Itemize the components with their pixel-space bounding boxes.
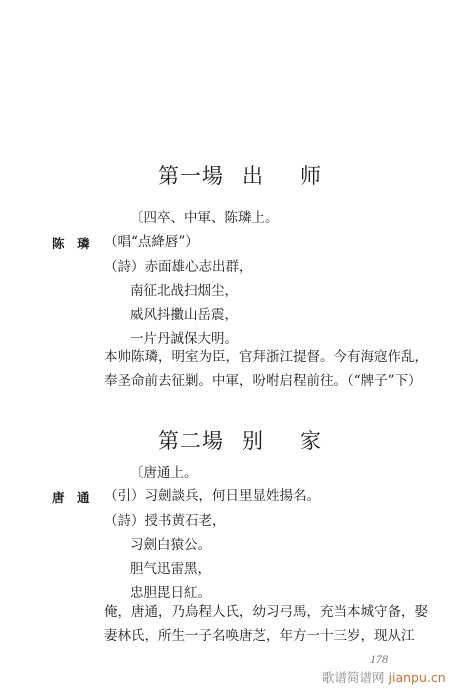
watermark: 歌谱简谱网 jianpu.cn — [322, 668, 446, 686]
scene1-poem-line: 南征北战扫烟尘， — [130, 283, 238, 299]
scene2-poem-line: 胆气迅雷黑， — [130, 561, 211, 577]
scene1-title-number: 第一場 — [158, 160, 224, 190]
scene2-title-char2: 家 — [300, 425, 322, 455]
scene2-title-char1: 别 — [242, 425, 264, 455]
scene2-speech-line: 俺，唐通，乃烏程人氏，幼习弓馬，充当本城守备，娶 — [104, 604, 428, 620]
scene1-speech-line: 本帅陈璘，明室为臣，官拜浙江提督。今有海寇作乱， — [104, 349, 428, 365]
scene2-title-number: 第二場 — [158, 425, 224, 455]
scene1-speaker: 陈 璘 — [52, 234, 90, 252]
scene2-yin: （引）习劍談兵，何日里显姓揚名。 — [104, 488, 320, 504]
scene1-poem-line: 威风抖擻山岳震， — [130, 307, 238, 323]
scene1-title-char2: 师 — [300, 160, 322, 190]
watermark-text: 歌谱简谱网 — [322, 670, 385, 685]
scene1-poem-line: 一片丹誠保大明。 — [130, 331, 238, 347]
scene2-stage-direction: 〔唐通上。 — [130, 465, 198, 481]
scene2-speaker: 唐 通 — [52, 488, 90, 506]
scene2-poem-line: （詩）授书黄石老， — [104, 513, 226, 529]
scene1-title-char1: 出 — [242, 160, 264, 190]
scene1-speech-line: 奉圣命前去征剿。中軍，吩咐启程前往。（“牌子”下） — [104, 373, 422, 389]
scene1-stage-direction: 〔四卒、中軍、陈璘上。 — [130, 210, 279, 226]
page-number: 178 — [370, 652, 388, 667]
scene1-poem-line: （詩）赤面雄心志出群， — [104, 259, 253, 275]
scene2-poem-line: 习劍白猿公。 — [130, 537, 211, 553]
scene2-speech-line: 妻林氏，所生一子名唤唐芝，年方一十三岁，现从江 — [104, 628, 415, 644]
watermark-url: jianpu.cn — [389, 670, 446, 685]
scene1-sing-note: （唱“点絳唇”） — [104, 234, 199, 250]
scene2-poem-line: 忠胆毘日紅。 — [130, 585, 211, 601]
